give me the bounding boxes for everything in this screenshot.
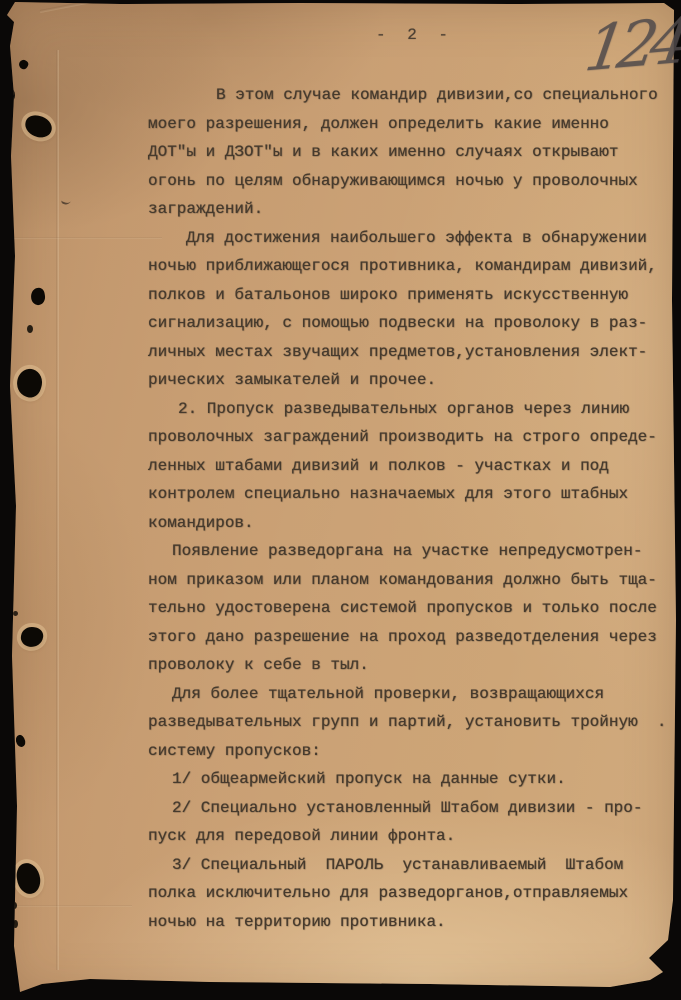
- paper-crease-vertical: [56, 50, 59, 970]
- paper-crease-horizontal: [12, 237, 162, 239]
- text-line: рических замыкателей и прочее.: [148, 366, 668, 395]
- text-line: ном приказом или планом командования дол…: [148, 566, 668, 595]
- text-line: Для более тщательной проверки, возвращаю…: [148, 680, 668, 709]
- paragraph: Для достижения наибольшего эффекта в обн…: [148, 224, 668, 395]
- text-line: контролем специально назначаемых для это…: [148, 480, 668, 509]
- page-number: - 2 -: [376, 26, 450, 44]
- paragraph: Для более тщательной проверки, возвращаю…: [148, 680, 668, 766]
- paper-crease-diagonal: [40, 0, 247, 13]
- text-line: Появление разведоргана на участке непред…: [148, 537, 668, 566]
- torn-hole: [13, 366, 45, 400]
- torn-hole: [13, 920, 18, 928]
- text-line: проволоку к себе в тыл.: [148, 651, 668, 680]
- torn-hole: [23, 113, 54, 139]
- text-line: сигнализацию, с помощью подвески на пров…: [148, 309, 668, 338]
- torn-hole: [13, 611, 18, 616]
- paragraph: 2. Пропуск разведывательных органов чере…: [148, 395, 668, 538]
- text-line: ДОТ"ы и ДЗОТ"ы и в каких именно случаях …: [148, 138, 668, 167]
- list-item: 1/ общеармейский пропуск на данные сутки…: [148, 765, 668, 794]
- torn-hole: [27, 325, 33, 333]
- text-line: систему пропусков:: [148, 737, 668, 766]
- torn-hole: [6, 88, 15, 101]
- text-line: моего разрешения, должен определить каки…: [148, 110, 668, 139]
- torn-hole: [14, 734, 28, 749]
- torn-hole: [12, 902, 17, 909]
- torn-hole: [30, 287, 47, 306]
- text-line: этого дано разрешение на проход разведот…: [148, 623, 668, 652]
- text-line: тельно удостоверена системой пропусков и…: [148, 594, 668, 623]
- text-line: ночью на территорию противника.: [148, 908, 668, 937]
- text-line: Для достижения наибольшего эффекта в обн…: [148, 224, 668, 253]
- folio-number: 124: [580, 3, 681, 86]
- text-line: 1/ общеармейский пропуск на данные сутки…: [148, 765, 668, 794]
- scan-background: - 2 - 124 В этом случае командир дивизии…: [0, 0, 681, 1000]
- text-line: полка исключительно для разведорганов,от…: [148, 879, 668, 908]
- document-body: В этом случае командир дивизии,со специа…: [148, 81, 668, 936]
- list-item: 3/ Специальный ПАРОЛЬ устанавливаемый Шт…: [148, 851, 668, 937]
- text-line: полков и батальонов широко применять иск…: [148, 281, 668, 310]
- text-line: 2. Пропуск разведывательных органов чере…: [148, 395, 668, 424]
- pencil-mark: [61, 195, 73, 207]
- text-line: пуск для передовой линии фронта.: [148, 822, 668, 851]
- text-line: огонь по целям обнаруживающимся ночью у …: [148, 167, 668, 196]
- paragraph: Появление разведоргана на участке непред…: [148, 537, 668, 680]
- text-line: В этом случае командир дивизии,со специа…: [148, 81, 668, 110]
- text-line: 3/ Специальный ПАРОЛЬ устанавливаемый Шт…: [148, 851, 668, 880]
- torn-hole: [15, 862, 42, 896]
- list-item: 2/ Специально установленный Штабом дивиз…: [148, 794, 668, 851]
- paper-crease-horizontal: [12, 905, 132, 907]
- text-line: разведывательных групп и партий, установ…: [148, 708, 668, 737]
- text-line: заграждений.: [148, 195, 668, 224]
- text-line: командиров.: [148, 509, 668, 538]
- text-line: ночью приближающегося противника, команд…: [148, 252, 668, 281]
- text-line: личных местах звучащих предметов,установ…: [148, 338, 668, 367]
- torn-hole: [20, 626, 45, 649]
- text-line: ленных штабами дивизий и полков - участк…: [148, 452, 668, 481]
- text-line: 2/ Специально установленный Штабом дивиз…: [148, 794, 668, 823]
- torn-hole: [17, 58, 29, 70]
- paragraph: В этом случае командир дивизии,со специа…: [148, 81, 668, 224]
- text-line: проволочных заграждений производить на с…: [148, 423, 668, 452]
